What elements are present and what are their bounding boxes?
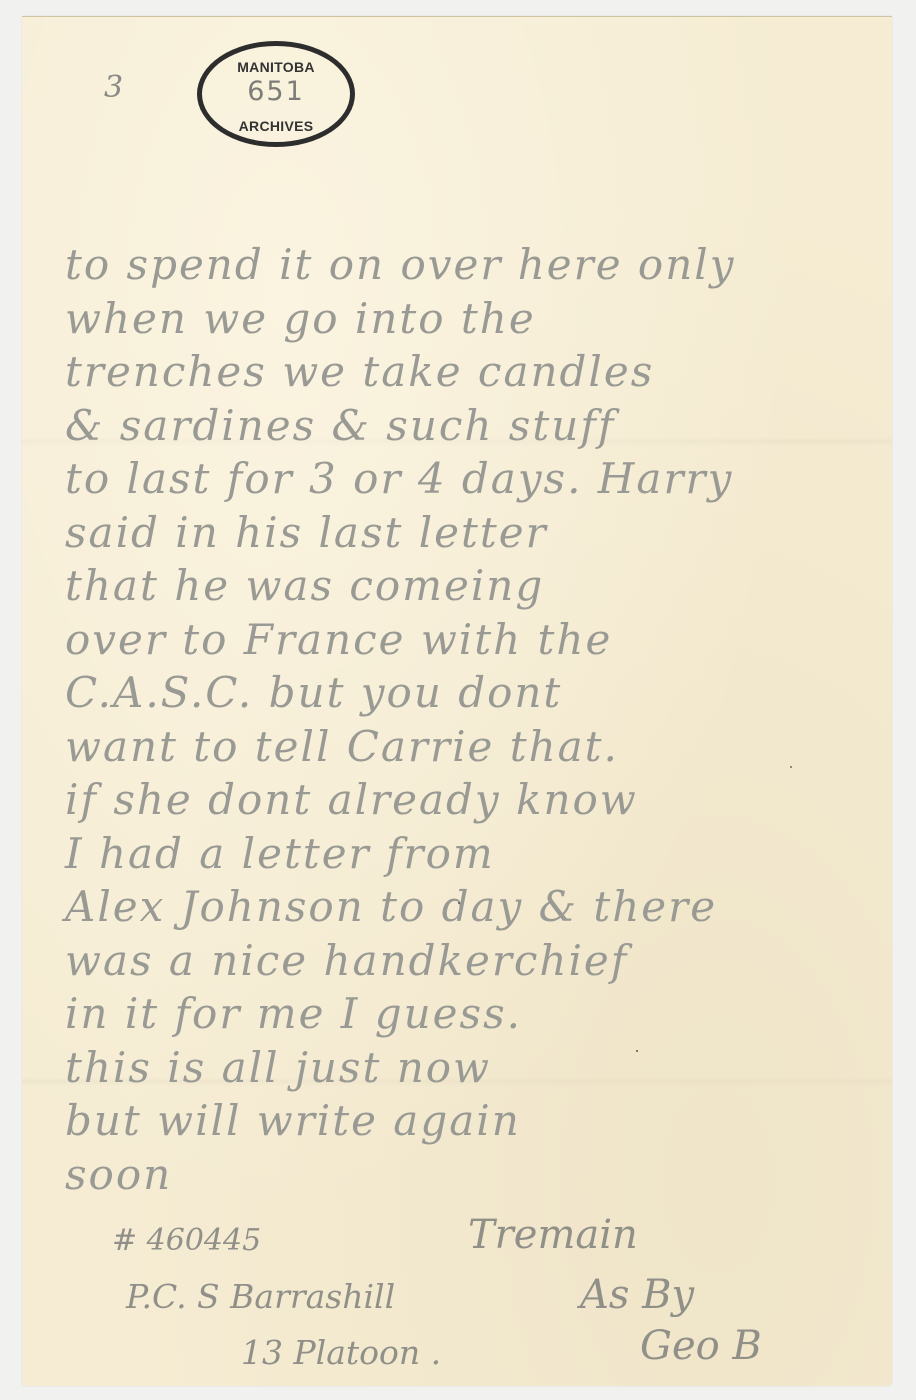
stamp-bottom-text: ARCHIVES xyxy=(202,118,350,134)
paper-speck xyxy=(458,902,460,904)
letter-line: if she dont already know xyxy=(65,773,885,827)
letter-line: over to France with the xyxy=(65,613,885,667)
letter-line: Alex Johnson to day & there xyxy=(65,880,885,934)
letter-line: want to tell Carrie that. xyxy=(65,720,885,774)
letter-line: & sardines & such stuff xyxy=(65,399,885,453)
stamp-top-text: MANITOBA xyxy=(202,59,350,75)
letter-line: to last for 3 or 4 days. Harry xyxy=(65,452,885,506)
signature-surname: Tremain xyxy=(468,1212,638,1258)
archives-stamp: MANITOBA 651 ARCHIVES xyxy=(197,41,355,147)
letter-line: C.A.S.C. but you dont xyxy=(65,666,885,720)
letter-body: to spend it on over here only when we go… xyxy=(65,238,885,1201)
letter-line: when we go into the xyxy=(65,292,885,346)
signature-alias: As By xyxy=(580,1272,694,1318)
letter-line: I had a letter from xyxy=(65,827,885,881)
letter-line: in it for me I guess. xyxy=(65,987,885,1041)
stamp-catalog-number: 651 xyxy=(202,76,350,107)
page-number: 3 xyxy=(104,70,123,105)
platoon: 13 Platoon . xyxy=(241,1333,441,1372)
letter-line: this is all just now xyxy=(65,1041,885,1095)
letter-line: that he was comeing xyxy=(65,559,885,613)
paper-speck xyxy=(636,1050,638,1052)
service-number: # 460445 xyxy=(112,1223,261,1258)
paper-speck xyxy=(790,766,792,768)
letter-line: said in his last letter xyxy=(65,506,885,560)
letter-line: soon xyxy=(65,1148,885,1202)
unit-address: P.C. S Barrashill xyxy=(126,1277,395,1316)
letter-line: trenches we take candles xyxy=(65,345,885,399)
letter-line: to spend it on over here only xyxy=(65,238,885,292)
signature-given-name: Geo B xyxy=(640,1323,762,1369)
letter-line: but will write again xyxy=(65,1094,885,1148)
letter-line: was a nice handkerchief xyxy=(65,934,885,988)
